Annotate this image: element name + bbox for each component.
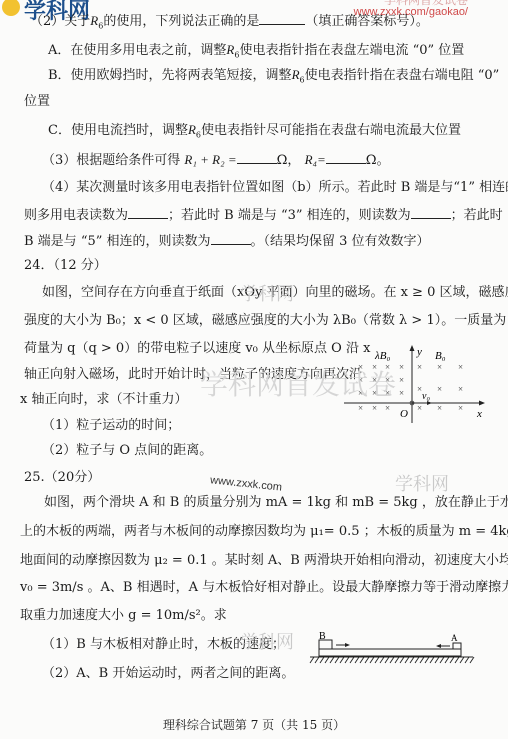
sliding-blocks-figure: B A <box>308 630 478 670</box>
q23-part4-line1: （4）某次测量时该多用电表指针位置如图（b）所示。若此时 B 端是与“1” 相连… <box>42 180 508 196</box>
svg-text:×: × <box>358 362 363 372</box>
svg-text:×: × <box>458 384 463 394</box>
svg-text:×: × <box>385 362 390 372</box>
logo-mascot-icon <box>2 0 20 16</box>
svg-text:×: × <box>385 403 390 413</box>
q24-text-1: 如图，空间存在方向垂直于纸面（xOy 平面）向里的磁场。在 x ≥ 0 区域，磁… <box>42 285 508 301</box>
answer-blank <box>326 151 366 164</box>
svg-text:×: × <box>385 388 390 398</box>
answer-blank <box>237 151 277 164</box>
page-footer: 理科综合试题第 7 页（共 15 页） <box>0 716 508 733</box>
q25-text-4: v₀ = 3m/s 。A、B 相遇时，A 与木板恰好相对静止。设最大静摩擦力等于… <box>20 580 508 596</box>
block-a <box>453 643 461 649</box>
q25-text-1: 如图，两个滑块 A 和 B 的质量分别为 mA = 1kg 和 mB = 5kg… <box>44 495 508 511</box>
svg-text:×: × <box>372 362 377 372</box>
q24-text-5: x 轴正向时，求（不计重力） <box>20 392 187 408</box>
q23-part4-line3: B 端是与 “5” 相连的，则读数为。（结果均保留 3 位有效数字） <box>24 232 430 250</box>
svg-text:B₀: B₀ <box>435 350 446 362</box>
q23-option-b-cont: 位置 <box>24 94 50 110</box>
watermark-site: 学科网 <box>395 470 449 496</box>
svg-text:v₀: v₀ <box>422 391 430 402</box>
ground-hatching <box>310 657 474 663</box>
arrow-right-icon <box>345 643 350 647</box>
svg-text:×: × <box>385 375 390 385</box>
svg-text:×: × <box>358 403 363 413</box>
svg-text:×: × <box>372 403 377 413</box>
svg-text:×: × <box>358 388 363 398</box>
svg-text:×: × <box>458 362 463 372</box>
q24-text-2: 强度的大小为 B₀；x < 0 区域，磁感应强度的大小为 λB₀（常数 λ > … <box>24 313 508 329</box>
svg-text:×: × <box>437 362 442 372</box>
q24-text-3: 荷量为 q（q > 0）的带电粒子以速度 v₀ 从坐标原点 O 沿 x <box>24 341 370 357</box>
q23-part2-stem: （2）关于R6的使用，下列说法正确的是（填正确答案标号）。 <box>30 12 429 35</box>
svg-text:x: x <box>476 408 482 420</box>
svg-text:×: × <box>417 403 422 413</box>
svg-text:O: O <box>400 408 408 420</box>
q25-sub-1: （1）B 与木板相对静止时，木板的速度； <box>42 637 285 653</box>
svg-text:×: × <box>372 388 377 398</box>
wooden-board <box>319 649 461 656</box>
svg-text:×: × <box>399 362 404 372</box>
svg-text:λB₀: λB₀ <box>374 350 390 362</box>
q23-option-c: C．使用电流挡时，调整R6使电表指针尽可能指在表盘右端电流最大位置 <box>48 122 461 144</box>
q23-part3: （3）根据题给条件可得 R₁ + R₂ =Ω， R₄=Ω。 <box>42 151 390 169</box>
q25-heading: 25.（20分） <box>24 470 100 486</box>
q24-text-4: 轴正向射入磁场，此时开始计时，当粒子的速度方向再次沿 <box>24 367 362 383</box>
svg-text:A: A <box>451 633 458 643</box>
svg-text:×: × <box>358 375 363 385</box>
answer-blank <box>211 232 251 245</box>
q24-heading: 24．（12 分） <box>24 258 107 274</box>
svg-text:×: × <box>399 388 404 398</box>
q25-sub-2: （2）A、B 开始运动时，两者之间的距离。 <box>42 666 294 682</box>
magnetic-field-figure: ×××× ×××× ×××× ××× ××× ××× ××× λB₀ B₀ y … <box>340 345 490 425</box>
answer-blank <box>259 12 305 25</box>
svg-text:×: × <box>437 384 442 394</box>
svg-text:B: B <box>319 631 326 642</box>
q25-text-5: 取重力加速度大小 g = 10m/s²。求 <box>20 608 227 624</box>
svg-text:×: × <box>437 403 442 413</box>
svg-text:×: × <box>399 375 404 385</box>
q23-part4-line2: 则多用电表读数为；若此时 B 端是与 “3” 相连的，则读数为；若此时 <box>24 206 503 224</box>
svg-text:y: y <box>416 346 422 358</box>
x-axis-arrow-icon <box>479 401 485 406</box>
answer-blank <box>128 206 168 219</box>
arrow-left-icon <box>436 644 441 648</box>
q25-text-3: 地面间的动摩擦因数为 μ₂ = 0.1 。某时刻 A、B 两滑块开始相向滑动，初… <box>20 553 508 569</box>
q24-sub-2: （2）粒子与 O 点间的距离。 <box>42 443 212 459</box>
q23-option-a: A．在使用多用电表之前，调整R6使电表指针指在表盘左端电流 “0” 位置 <box>48 42 464 64</box>
y-axis-arrow-icon <box>410 345 415 351</box>
q25-text-2: 上的木板的两端，两者与木板间的动摩擦因数均为 μ₁= 0.5 ；木板的质量为 m… <box>20 524 508 540</box>
field-cross-marks: ×××× ×××× ×××× ××× ××× ××× ××× <box>358 362 463 413</box>
watermark-url: www.zxxk.com <box>210 474 283 493</box>
svg-text:×: × <box>372 375 377 385</box>
q23-option-b: B．使用欧姆挡时，先将两表笔短接，调整R6使电表指针指在表盘右端电阻 “0” <box>48 67 499 89</box>
q24-sub-1: （1）粒子运动的时间； <box>42 418 180 434</box>
svg-text:×: × <box>417 362 422 372</box>
answer-blank <box>411 206 451 219</box>
svg-text:×: × <box>458 403 463 413</box>
